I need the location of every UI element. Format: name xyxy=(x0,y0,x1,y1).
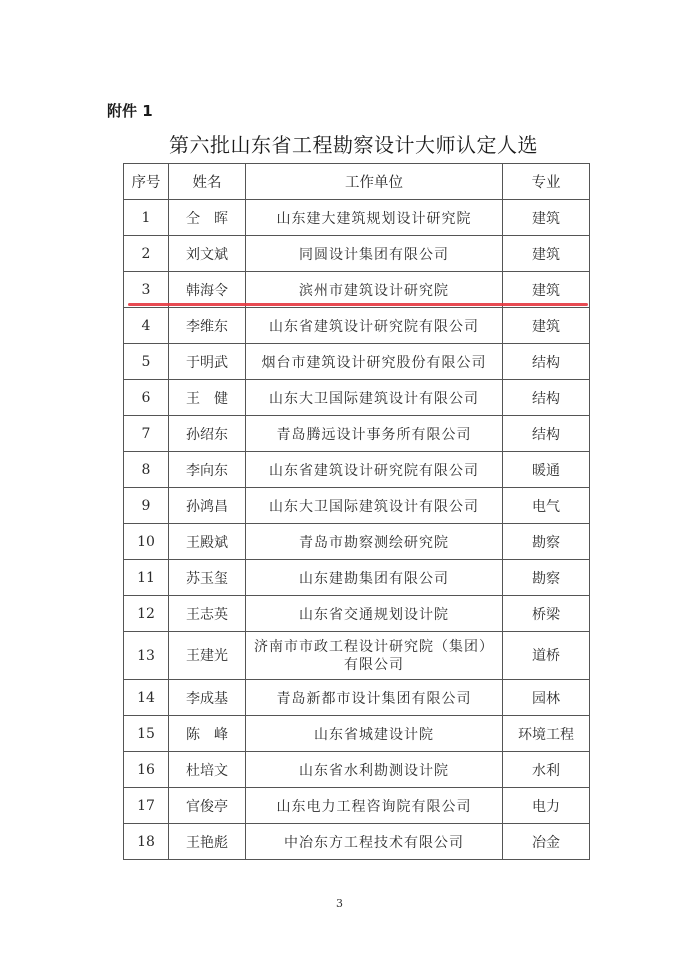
cell-name: 李成基 xyxy=(169,680,246,716)
cell-name: 仝 晖 xyxy=(169,200,246,236)
cell-name: 王 健 xyxy=(169,380,246,416)
header-unit: 工作单位 xyxy=(246,164,503,200)
cell-name: 王志英 xyxy=(169,596,246,632)
cell-unit: 山东电力工程咨询院有限公司 xyxy=(246,788,503,824)
cell-unit: 山东省交通规划设计院 xyxy=(246,596,503,632)
cell-unit: 烟台市建筑设计研究股份有限公司 xyxy=(246,344,503,380)
cell-major: 暖通 xyxy=(503,452,590,488)
document-title: 第六批山东省工程勘察设计大师认定人选 xyxy=(0,129,679,158)
table-row: 7孙绍东青岛腾远设计事务所有限公司结构 xyxy=(124,416,590,452)
cell-number: 1 xyxy=(124,200,169,236)
cell-major: 桥梁 xyxy=(503,596,590,632)
cell-number: 6 xyxy=(124,380,169,416)
cell-number: 18 xyxy=(124,824,169,860)
cell-major: 勘察 xyxy=(503,524,590,560)
cell-unit: 青岛腾远设计事务所有限公司 xyxy=(246,416,503,452)
cell-unit: 中冶东方工程技术有限公司 xyxy=(246,824,503,860)
cell-number: 2 xyxy=(124,236,169,272)
cell-major: 结构 xyxy=(503,380,590,416)
candidates-table: 序号 姓名 工作单位 专业 1仝 晖山东建大建筑规划设计研究院建筑 2刘文斌同圆… xyxy=(123,163,590,860)
cell-major: 环境工程 xyxy=(503,716,590,752)
table-row: 12王志英山东省交通规划设计院桥梁 xyxy=(124,596,590,632)
cell-unit: 山东省城建设计院 xyxy=(246,716,503,752)
cell-name: 孙鸿昌 xyxy=(169,488,246,524)
cell-major: 结构 xyxy=(503,344,590,380)
cell-unit: 山东省水利勘测设计院 xyxy=(246,752,503,788)
cell-name: 李维东 xyxy=(169,308,246,344)
table-row: 4李维东山东省建筑设计研究院有限公司建筑 xyxy=(124,308,590,344)
cell-name: 孙绍东 xyxy=(169,416,246,452)
cell-name: 王艳彪 xyxy=(169,824,246,860)
cell-number: 11 xyxy=(124,560,169,596)
cell-name: 于明武 xyxy=(169,344,246,380)
cell-number: 13 xyxy=(124,632,169,680)
table-row: 8李向东山东省建筑设计研究院有限公司暖通 xyxy=(124,452,590,488)
cell-unit: 济南市市政工程设计研究院（集团）有限公司 xyxy=(246,632,503,680)
red-underline-annotation xyxy=(128,303,588,306)
cell-number: 7 xyxy=(124,416,169,452)
table-row: 9孙鸿昌山东大卫国际建筑设计有限公司电气 xyxy=(124,488,590,524)
cell-number: 8 xyxy=(124,452,169,488)
table-row: 6王 健山东大卫国际建筑设计有限公司结构 xyxy=(124,380,590,416)
table-row: 18王艳彪中冶东方工程技术有限公司冶金 xyxy=(124,824,590,860)
header-major: 专业 xyxy=(503,164,590,200)
table-row: 11苏玉玺山东建勘集团有限公司勘察 xyxy=(124,560,590,596)
cell-unit: 山东省建筑设计研究院有限公司 xyxy=(246,308,503,344)
cell-number: 14 xyxy=(124,680,169,716)
cell-major: 结构 xyxy=(503,416,590,452)
cell-name: 杜培文 xyxy=(169,752,246,788)
table-row: 17官俊亭山东电力工程咨询院有限公司电力 xyxy=(124,788,590,824)
cell-unit: 青岛新都市设计集团有限公司 xyxy=(246,680,503,716)
table-row: 16杜培文山东省水利勘测设计院水利 xyxy=(124,752,590,788)
attachment-label: 附件 1 xyxy=(107,100,153,121)
cell-major: 园林 xyxy=(503,680,590,716)
cell-name: 王建光 xyxy=(169,632,246,680)
table-row: 13王建光济南市市政工程设计研究院（集团）有限公司道桥 xyxy=(124,632,590,680)
table-row: 2刘文斌同圆设计集团有限公司建筑 xyxy=(124,236,590,272)
cell-unit: 山东建大建筑规划设计研究院 xyxy=(246,200,503,236)
table-row: 14李成基青岛新都市设计集团有限公司园林 xyxy=(124,680,590,716)
cell-major: 水利 xyxy=(503,752,590,788)
cell-major: 冶金 xyxy=(503,824,590,860)
cell-name: 陈 峰 xyxy=(169,716,246,752)
cell-unit: 山东建勘集团有限公司 xyxy=(246,560,503,596)
cell-major: 建筑 xyxy=(503,236,590,272)
cell-number: 5 xyxy=(124,344,169,380)
cell-unit-line1: 济南市市政工程设计研究院（集团） xyxy=(246,638,502,656)
table-header-row: 序号 姓名 工作单位 专业 xyxy=(124,164,590,200)
cell-major: 电气 xyxy=(503,488,590,524)
cell-number: 9 xyxy=(124,488,169,524)
cell-number: 17 xyxy=(124,788,169,824)
page-number: 3 xyxy=(0,897,679,910)
cell-unit: 青岛市勘察测绘研究院 xyxy=(246,524,503,560)
cell-unit: 山东大卫国际建筑设计有限公司 xyxy=(246,380,503,416)
table-row: 15陈 峰山东省城建设计院环境工程 xyxy=(124,716,590,752)
cell-name: 刘文斌 xyxy=(169,236,246,272)
cell-major: 道桥 xyxy=(503,632,590,680)
table-row: 5于明武烟台市建筑设计研究股份有限公司结构 xyxy=(124,344,590,380)
cell-major: 勘察 xyxy=(503,560,590,596)
cell-major: 电力 xyxy=(503,788,590,824)
cell-number: 15 xyxy=(124,716,169,752)
cell-number: 12 xyxy=(124,596,169,632)
cell-unit-line2: 有限公司 xyxy=(246,656,502,674)
cell-name: 王殿斌 xyxy=(169,524,246,560)
cell-number: 4 xyxy=(124,308,169,344)
cell-unit: 山东大卫国际建筑设计有限公司 xyxy=(246,488,503,524)
cell-unit: 山东省建筑设计研究院有限公司 xyxy=(246,452,503,488)
cell-major: 建筑 xyxy=(503,308,590,344)
table-row: 1仝 晖山东建大建筑规划设计研究院建筑 xyxy=(124,200,590,236)
cell-name: 李向东 xyxy=(169,452,246,488)
header-name: 姓名 xyxy=(169,164,246,200)
cell-name: 苏玉玺 xyxy=(169,560,246,596)
header-number: 序号 xyxy=(124,164,169,200)
table-row: 10王殿斌青岛市勘察测绘研究院勘察 xyxy=(124,524,590,560)
cell-number: 10 xyxy=(124,524,169,560)
cell-name: 官俊亭 xyxy=(169,788,246,824)
cell-major: 建筑 xyxy=(503,200,590,236)
cell-number: 16 xyxy=(124,752,169,788)
cell-unit: 同圆设计集团有限公司 xyxy=(246,236,503,272)
